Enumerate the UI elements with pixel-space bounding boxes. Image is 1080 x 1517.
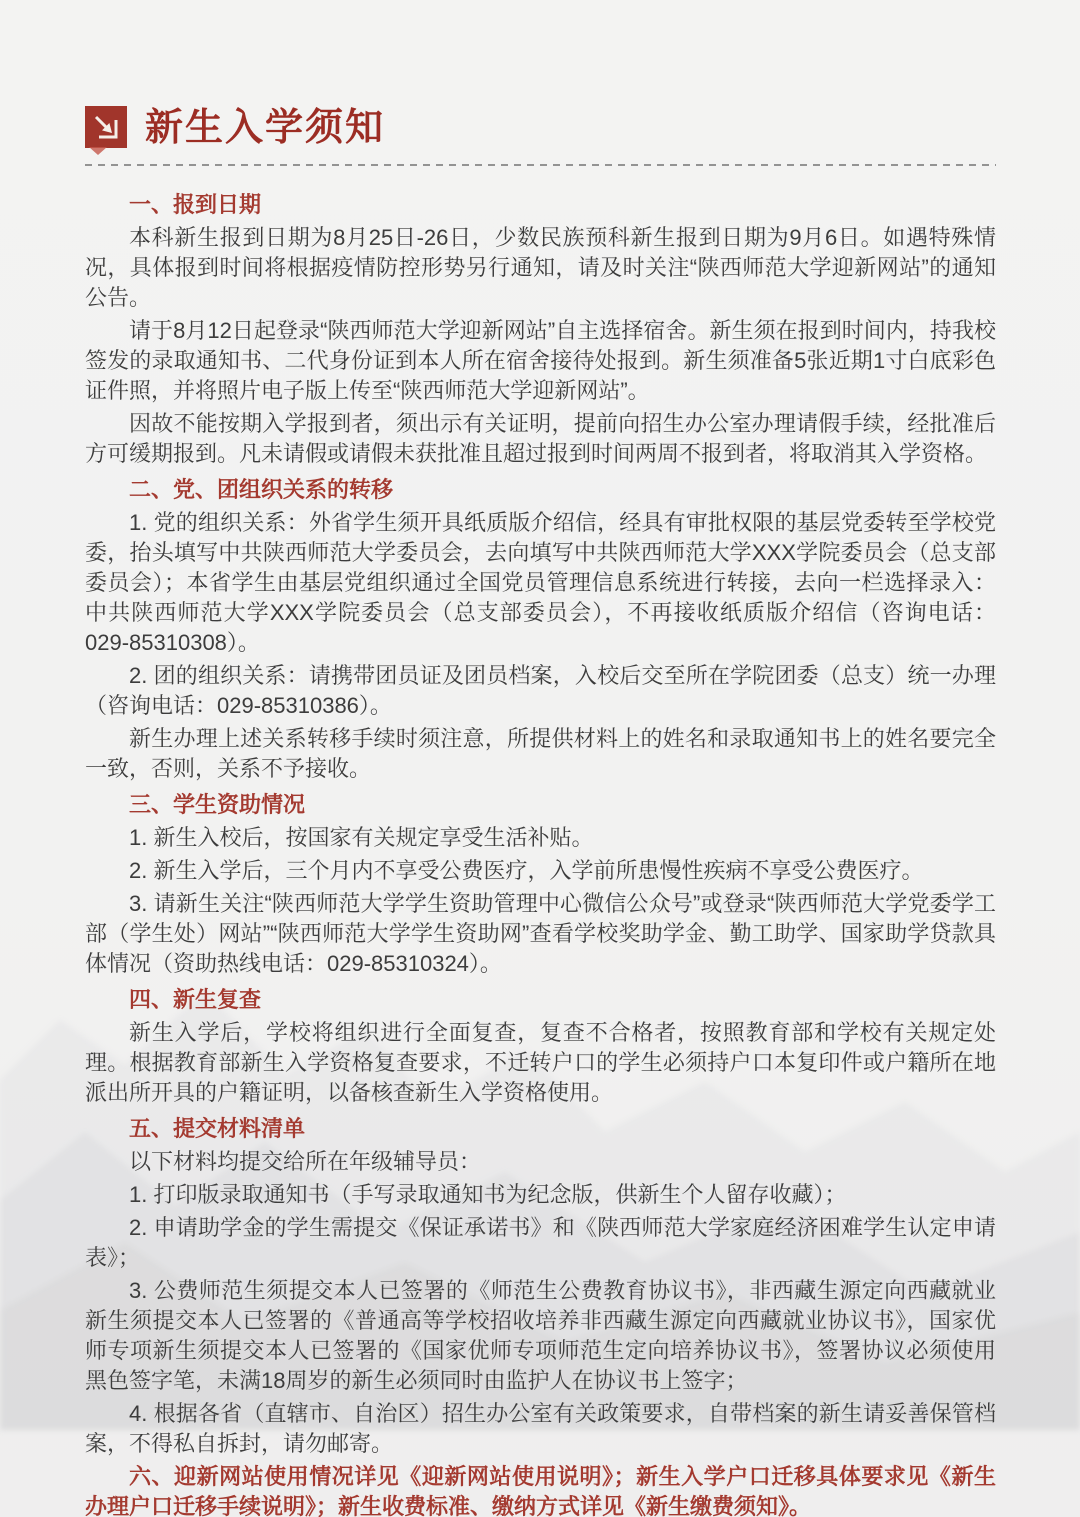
paragraph: 因故不能按期入学报到者，须出示有关证明，提前向招生办公室办理请假手续，经批准后方… [85, 409, 996, 469]
dashed-divider [85, 164, 996, 166]
paragraph: 以下材料均提交给所在年级辅导员： [85, 1147, 996, 1177]
document-header: 新生入学须知 [85, 106, 996, 148]
paragraph: 4. 根据各省（直辖市、自治区）招生办公室有关政策要求，自带档案的新生请妥善保管… [85, 1399, 996, 1459]
paragraph: 新生办理上述关系转移手续时须注意，所提供材料上的姓名和录取通知书上的姓名要完全一… [85, 724, 996, 784]
section-heading: 一、报到日期 [85, 190, 996, 220]
section: 三、学生资助情况 1. 新生入校后，按国家有关规定享受生活补贴。2. 新生入学后… [85, 790, 996, 979]
paragraph: 2. 团的组织关系：请携带团员证及团员档案，入校后交至所在学院团委（总支）统一办… [85, 661, 996, 721]
paragraph: 请于8月12日起登录“陕西师范大学迎新网站”自主选择宿舍。新生须在报到时间内，持… [85, 316, 996, 406]
paragraph: 1. 打印版录取通知书（手写录取通知书为纪念版，供新生个人留存收藏）； [85, 1180, 996, 1210]
corner-arrow-icon [85, 106, 127, 148]
section-heading: 五、提交材料清单 [85, 1114, 996, 1144]
section: 二、党、团组织关系的转移 1. 党的组织关系：外省学生须开具纸质版介绍信，经具有… [85, 475, 996, 784]
section: 四、新生复查 新生入学后，学校将组织进行全面复查，复查不合格者，按照教育部和学校… [85, 985, 996, 1108]
paragraph: 1. 新生入校后，按国家有关规定享受生活补贴。 [85, 823, 996, 853]
paragraph: 新生入学后，学校将组织进行全面复查，复查不合格者，按照教育部和学校有关规定处理。… [85, 1018, 996, 1108]
document-body: 一、报到日期 本科新生报到日期为8月25日-26日，少数民族预科新生报到日期为9… [85, 190, 996, 1517]
paragraph: 六、迎新网站使用情况详见《迎新网站使用说明》；新生入学户口迁移具体要求见《新生办… [85, 1462, 996, 1517]
paragraph: 1. 党的组织关系：外省学生须开具纸质版介绍信，经具有审批权限的基层党委转至学校… [85, 508, 996, 658]
paragraph: 2. 申请助学金的学生需提交《保证承诺书》和《陕西师范大学家庭经济困难学生认定申… [85, 1213, 996, 1273]
page-title: 新生入学须知 [145, 107, 385, 147]
paragraph: 2. 新生入学后，三个月内不享受公费医疗，入学前所患慢性疾病不享受公费医疗。 [85, 856, 996, 886]
paragraph: 3. 请新生关注“陕西师范大学学生资助管理中心微信公众号”或登录“陕西师范大学党… [85, 889, 996, 979]
section-heading: 四、新生复查 [85, 985, 996, 1015]
paragraph: 本科新生报到日期为8月25日-26日，少数民族预科新生报到日期为9月6日。如遇特… [85, 223, 996, 313]
section-heading: 三、学生资助情况 [85, 790, 996, 820]
section: 一、报到日期 本科新生报到日期为8月25日-26日，少数民族预科新生报到日期为9… [85, 190, 996, 469]
paragraph: 3. 公费师范生须提交本人已签署的《师范生公费教育协议书》，非西藏生源定向西藏就… [85, 1276, 996, 1396]
section: 六、迎新网站使用情况详见《迎新网站使用说明》；新生入学户口迁移具体要求见《新生办… [85, 1462, 996, 1517]
section-heading: 二、党、团组织关系的转移 [85, 475, 996, 505]
document-page: 新生入学须知 一、报到日期 本科新生报到日期为8月25日-26日，少数民族预科新… [0, 0, 1080, 1517]
section: 五、提交材料清单 以下材料均提交给所在年级辅导员：1. 打印版录取通知书（手写录… [85, 1114, 996, 1459]
